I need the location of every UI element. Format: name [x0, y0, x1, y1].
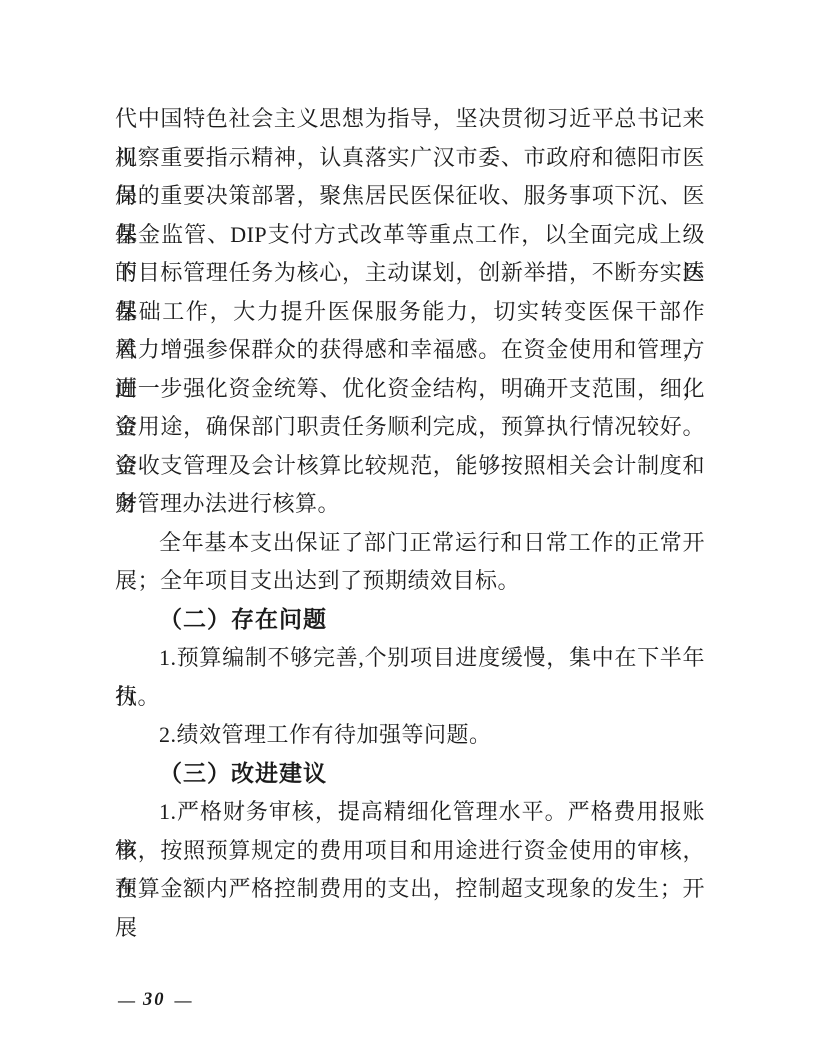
body-text-line: 基金监管、DIP支付方式改革等重点工作，以全面完成上级下达 [115, 216, 705, 255]
body-text-line: 金收支管理及会计核算比较规范，能够按照相关会计制度和财 [115, 447, 705, 486]
body-text-line: 着力增强参保群众的获得感和幸福感。在资金使用和管理方面， [115, 331, 705, 370]
footer-left-dash: — [118, 991, 134, 1011]
page-number: 30 [143, 990, 166, 1011]
footer-right-dash: — [175, 991, 191, 1011]
body-text-line: 1.预算编制不够完善,个别项目进度缓慢，集中在下半年执 [115, 639, 705, 678]
body-text-line: 视察重要指示精神，认真落实广汉市委、市政府和德阳市医保 [115, 139, 705, 178]
body-text-line: 的目标管理任务为核心，主动谋划，创新举措，不断夯实医保 [115, 254, 705, 293]
body-text-line: 金用途，确保部门职责任务顺利完成，预算执行情况较好。资 [115, 408, 705, 447]
body-text-block: 代中国特色社会主义思想为指导，坚决贯彻习近平总书记来川 视察重要指示精神，认真落… [115, 100, 705, 909]
body-text-line: 务管理办法进行核算。 [115, 485, 705, 524]
document-page: 代中国特色社会主义思想为指导，坚决贯彻习近平总书记来川 视察重要指示精神，认真落… [0, 0, 815, 1055]
body-text-line: 局的重要决策部署，聚焦居民医保征收、服务事项下沉、医保 [115, 177, 705, 216]
body-text-line: 1.严格财务审核，提高精细化管理水平。严格费用报账审 [115, 793, 705, 832]
body-text-line: 行。 [115, 678, 705, 717]
body-text-line: 2.绩效管理工作有待加强等问题。 [115, 716, 705, 755]
section-heading-suggestions: （三）改进建议 [115, 755, 705, 794]
body-text-line: 代中国特色社会主义思想为指导，坚决贯彻习近平总书记来川 [115, 100, 705, 139]
body-text-line: 预算金额内严格控制费用的支出，控制超支现象的发生；开展 [115, 870, 705, 909]
body-text-line: 全年基本支出保证了部门正常运行和日常工作的正常开 [115, 524, 705, 563]
body-text-line: 核，按照预算规定的费用项目和用途进行资金使用的审核，在 [115, 832, 705, 871]
page-footer: — 30 — [118, 990, 191, 1011]
body-text-line: 进一步强化资金统筹、优化资金结构，明确开支范围，细化资 [115, 370, 705, 409]
section-heading-problems: （二）存在问题 [115, 601, 705, 640]
body-text-line: 展；全年项目支出达到了预期绩效目标。 [115, 562, 705, 601]
body-text-line: 基础工作，大力提升医保服务能力，切实转变医保干部作风， [115, 293, 705, 332]
